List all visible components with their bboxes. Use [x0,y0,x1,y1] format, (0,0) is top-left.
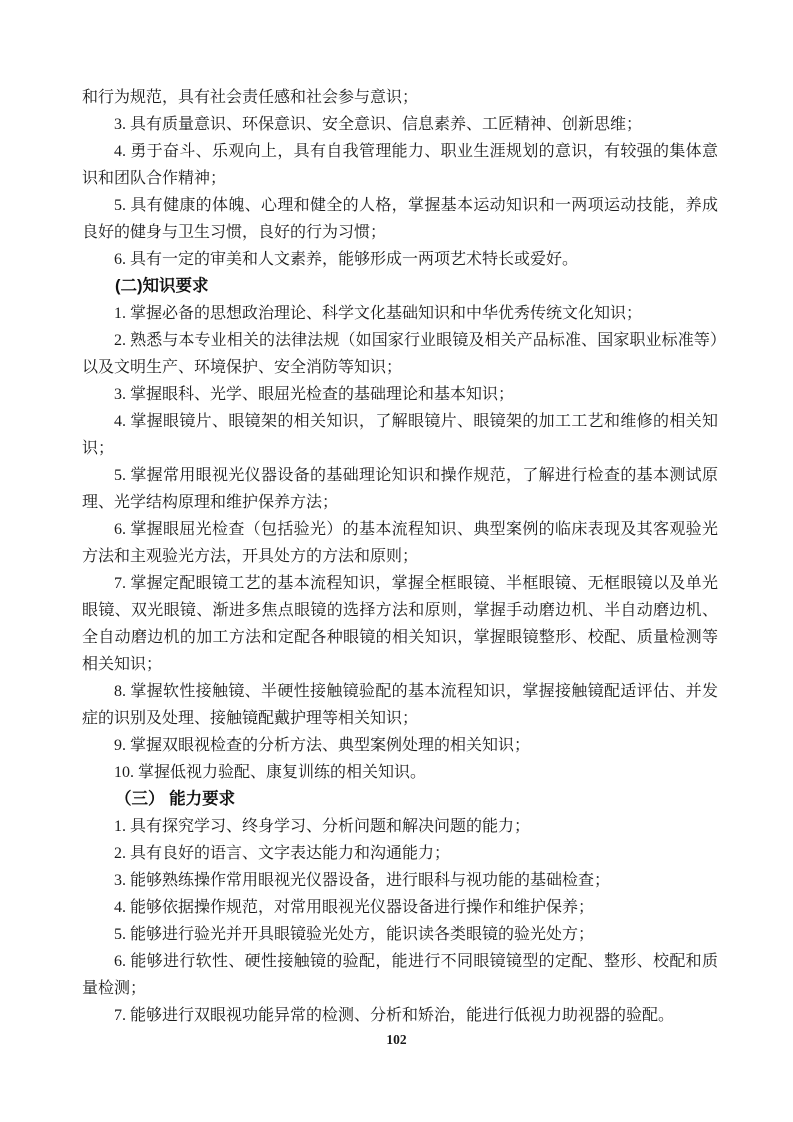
list-item: 2. 具有良好的语言、文字表达能力和沟通能力； [82,840,718,867]
page-number: 102 [0,1031,793,1049]
list-item: 1. 掌握必备的思想政治理论、科学文化基础知识和中华优秀传统文化知识； [82,300,718,327]
section-heading-ability: （三） 能力要求 [82,786,718,813]
list-item: 3. 具有质量意识、环保意识、安全意识、信息素养、工匠精神、创新思维； [82,111,718,138]
paragraph-continued: 和行为规范，具有社会责任感和社会参与意识； [82,84,718,111]
list-item: 5. 掌握常用眼视光仪器设备的基础理论知识和操作规范，了解进行检查的基本测试原理… [82,462,718,516]
document-page: 和行为规范，具有社会责任感和社会参与意识； 3. 具有质量意识、环保意识、安全意… [0,0,793,1122]
list-item: 7. 掌握定配眼镜工艺的基本流程知识，掌握全框眼镜、半框眼镜、无框眼镜以及单光眼… [82,570,718,678]
list-item: 6. 能够进行软性、硬性接触镜的验配，能进行不同眼镜镜型的定配、整形、校配和质量… [82,948,718,1002]
list-item: 4. 勇于奋斗、乐观向上，具有自我管理能力、职业生涯规划的意识，有较强的集体意识… [82,138,718,192]
list-item: 4. 掌握眼镜片、眼镜架的相关知识，了解眼镜片、眼镜架的加工工艺和维修的相关知识… [82,408,718,462]
list-item: 6. 掌握眼屈光检查（包括验光）的基本流程知识、典型案例的临床表现及其客观验光方… [82,516,718,570]
list-item: 5. 具有健康的体魄、心理和健全的人格，掌握基本运动知识和一两项运动技能，养成良… [82,192,718,246]
list-item: 8. 掌握软性接触镜、半硬性接触镜验配的基本流程知识，掌握接触镜配适评估、并发症… [82,678,718,732]
list-item: 3. 能够熟练操作常用眼视光仪器设备，进行眼科与视功能的基础检查； [82,867,718,894]
list-item: 9. 掌握双眼视检查的分析方法、典型案例处理的相关知识； [82,732,718,759]
list-item: 6. 具有一定的审美和人文素养，能够形成一两项艺术特长或爱好。 [82,246,718,273]
list-item: 2. 熟悉与本专业相关的法律法规（如国家行业眼镜及相关产品标准、国家职业标准等）… [82,327,718,381]
list-item: 5. 能够进行验光并开具眼镜验光处方，能识读各类眼镜的验光处方； [82,921,718,948]
list-item: 3. 掌握眼科、光学、眼屈光检查的基础理论和基本知识； [82,381,718,408]
document-body: 和行为规范，具有社会责任感和社会参与意识； 3. 具有质量意识、环保意识、安全意… [82,84,718,1029]
list-item: 10. 掌握低视力验配、康复训练的相关知识。 [82,759,718,786]
list-item: 1. 具有探究学习、终身学习、分析问题和解决问题的能力； [82,813,718,840]
section-heading-knowledge: (二)知识要求 [82,273,718,300]
list-item: 7. 能够进行双眼视功能异常的检测、分析和矫治，能进行低视力助视器的验配。 [82,1002,718,1029]
list-item: 4. 能够依据操作规范，对常用眼视光仪器设备进行操作和维护保养； [82,894,718,921]
